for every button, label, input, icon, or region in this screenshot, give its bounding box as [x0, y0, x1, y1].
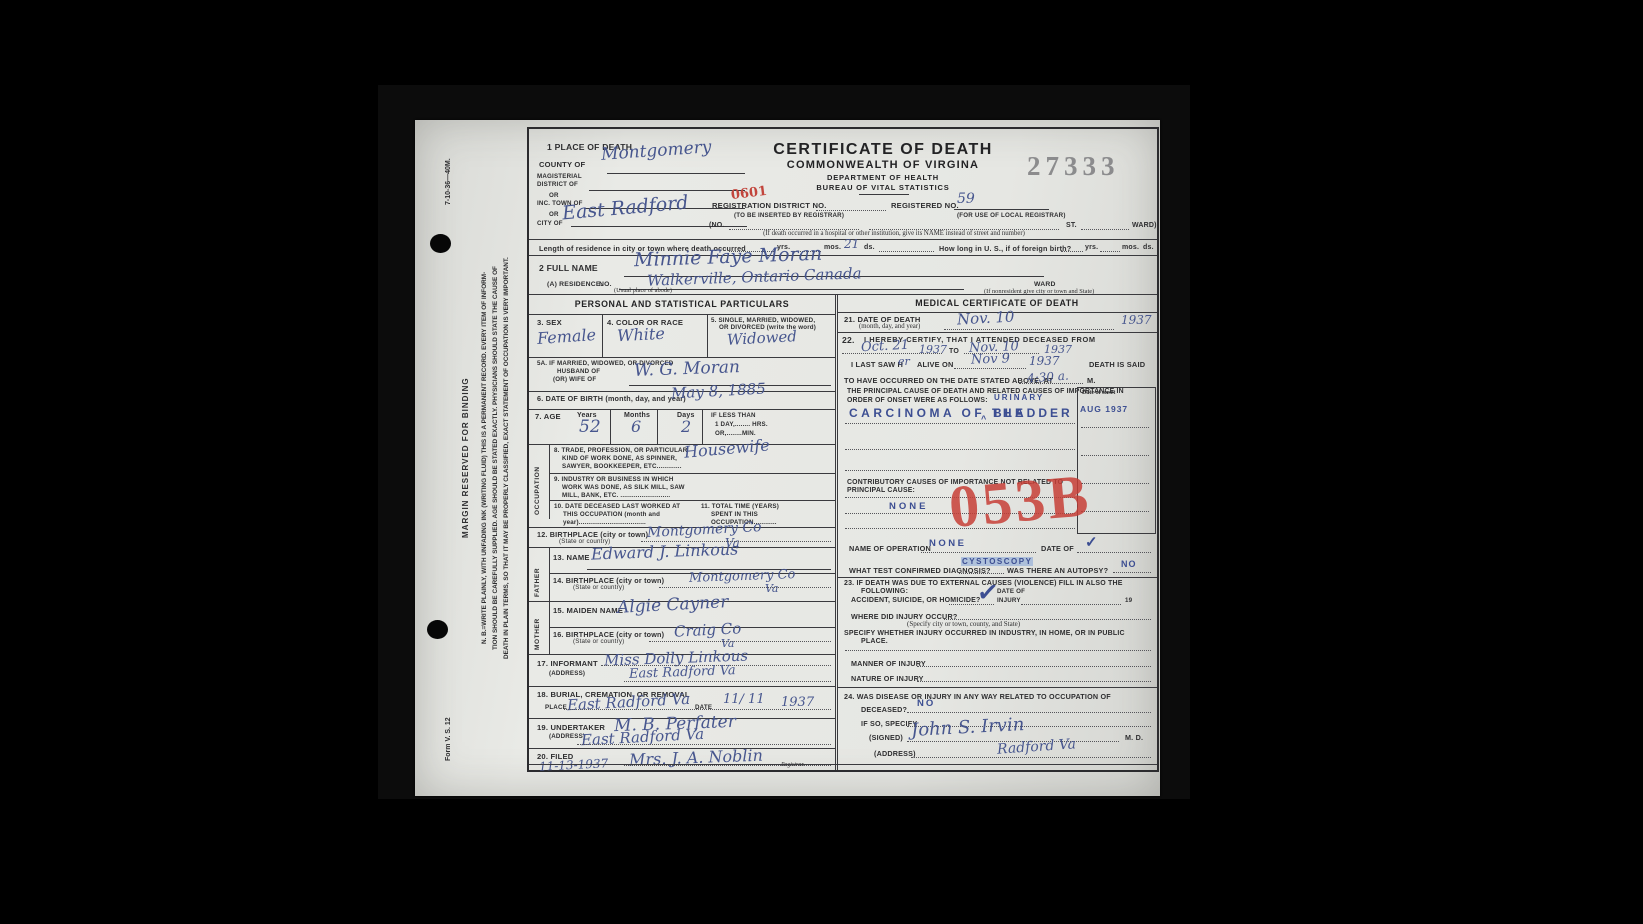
- file-number-stamp: 053B: [946, 461, 1094, 542]
- rule-line: [911, 757, 1151, 758]
- husband-label-2: HUSBAND OF: [557, 368, 600, 375]
- lastsaw-year: 1937: [1029, 354, 1060, 368]
- cause-caret: ^: [981, 414, 988, 424]
- street-ward-label: WARD): [1132, 222, 1157, 229]
- trade-label-3: SAWYER, BOOKKEEPER, ETC.............: [562, 463, 682, 470]
- mos2-label: mos.: [1122, 244, 1139, 251]
- rule-line: [837, 332, 1157, 333]
- occurred-m-label: M.: [1087, 376, 1096, 385]
- registrar-signature: Mrs. J. A. Noblin: [629, 746, 763, 770]
- father-name-value: Edward J. Linkous: [591, 539, 739, 563]
- lastworked-label-2: THIS OCCUPATION (month and: [563, 511, 660, 518]
- rule-line: [529, 314, 835, 315]
- death-certificate-document: 7-10-36—40M. Form V. S. 12 MARGIN RESERV…: [415, 120, 1160, 796]
- rule-line: [649, 641, 831, 642]
- trade-label-2: KIND OF WORK DONE, AS SPINNER,: [562, 455, 677, 462]
- lastworked-label-1: 10. DATE DECEASED LAST WORKED AT: [554, 503, 680, 510]
- rule-line: [529, 239, 1157, 240]
- certificate-title: CERTIFICATE OF DEATH: [752, 141, 1014, 159]
- rule-line: [954, 368, 1026, 369]
- registration-district-label: REGISTRATION DISTRICT NO.: [712, 201, 827, 210]
- external-dateof-label: DATE OF: [997, 588, 1025, 595]
- industry-label-3: MILL, BANK, ETC. .......................…: [562, 492, 670, 499]
- dob-label: 6. DATE OF BIRTH (month, day, and year): [537, 394, 686, 403]
- rule-line: [529, 764, 1157, 765]
- operation-date-label: DATE OF: [1041, 544, 1074, 553]
- street-st-label: ST.: [1066, 222, 1077, 229]
- autopsy-value: NO: [1121, 559, 1137, 569]
- birthplace-value: Montgomery Co: [647, 519, 762, 541]
- cell-divider: [707, 314, 708, 357]
- city-label: CITY OF: [537, 220, 563, 227]
- informant-label: 17. INFORMANT: [537, 659, 598, 668]
- rule-line: [607, 173, 745, 174]
- occupation-related-label-2: DECEASED?: [861, 705, 907, 714]
- nb-note-line2: TION SHOULD BE CAREFULLY SUPPLIED. AGE S…: [492, 128, 499, 788]
- magisterial-label-1: MAGISTERIAL: [537, 173, 582, 180]
- form-print-code: 7-10-36—40M.: [445, 132, 452, 232]
- lastsaw-value: Nov 9: [971, 351, 1010, 367]
- mos1-value: 21: [844, 237, 859, 251]
- commonwealth-subtitle: COMMONWEALTH OF VIRGINA: [752, 159, 1014, 171]
- howlong-label: How long in U. S., if of foreign birth?: [939, 244, 1071, 253]
- occupation-side-label: OCCUPATION: [534, 466, 541, 515]
- certify-to-label: TO: [949, 348, 959, 355]
- nature-label: NATURE OF INJURY: [851, 674, 924, 683]
- rule-line: [845, 650, 1151, 651]
- operation-check-mark: ✓: [1085, 533, 1098, 551]
- date-of-death-year: 1937: [1121, 313, 1152, 327]
- father-bp-value: Montgomery Co: [689, 567, 796, 586]
- rule-line: [907, 712, 1151, 713]
- cell-divider: [602, 314, 603, 357]
- cause-insert-urinary: URINARY: [994, 393, 1044, 402]
- accident-label: ACCIDENT, SUICIDE, OR HOMICIDE?: [851, 597, 980, 604]
- burial-year-value: 1937: [781, 695, 814, 710]
- rule-line: [589, 190, 745, 191]
- injury-label: INJURY: [997, 597, 1021, 604]
- filed-date-value: 11-13-1937: [539, 756, 609, 774]
- ds1-label: ds.: [864, 244, 875, 251]
- dob-value: May 8, 1885: [671, 380, 767, 403]
- hospital-note: (If death occurred in a hospital or othe…: [679, 230, 1109, 237]
- scanner-background: 7-10-36—40M. Form V. S. 12 MARGIN RESERV…: [378, 85, 1190, 799]
- medical-section-header: MEDICAL CERTIFICATE OF DEATH: [837, 298, 1157, 308]
- occupation-related-value: NO: [917, 698, 935, 709]
- rule-line: [549, 500, 835, 501]
- contributory-value: NONE: [889, 501, 928, 512]
- external-check-mark: ✓: [975, 576, 1000, 609]
- punch-hole-bottom: [427, 620, 448, 639]
- cell-divider: [549, 444, 550, 519]
- rule-line: [816, 210, 886, 211]
- informant-address-label: (ADDRESS): [549, 670, 585, 677]
- industry-label-2: WORK WAS DONE, AS SILK MILL, SAW: [562, 484, 685, 491]
- age-less-label-1: IF LESS THAN: [711, 412, 756, 419]
- principal-label-2: ORDER OF ONSET WERE AS FOLLOWS:: [847, 397, 988, 404]
- physician-signature: John S. Irvin: [911, 714, 1025, 741]
- age-less-label-2: 1 DAY,........ HRS.: [715, 421, 768, 428]
- rule-line: [529, 444, 835, 445]
- ward-label: WARD: [1034, 281, 1056, 288]
- rule-line: [1100, 251, 1120, 252]
- rule-line: [529, 686, 835, 687]
- rule-line: [529, 409, 835, 410]
- lastsaw-label-b: ALIVE ON: [917, 360, 954, 369]
- form-number: Form V. S. 12: [445, 692, 452, 787]
- magisterial-label-2: DISTRICT OF: [537, 181, 578, 188]
- occupation-related-label-1: 24. WAS DISEASE OR INJURY IN ANY WAY REL…: [844, 692, 1111, 701]
- operation-label: NAME OF OPERATION: [849, 544, 931, 553]
- cell-divider: [610, 409, 611, 444]
- contributory-label-2: PRINCIPAL CAUSE:: [847, 487, 915, 494]
- external-label-2: FOLLOWING:: [861, 588, 908, 595]
- full-name-label: 2 FULL NAME: [539, 263, 598, 273]
- yrs2-label: yrs.: [1085, 244, 1098, 251]
- rule-line: [1113, 572, 1151, 573]
- burial-place-label: PLACE: [545, 704, 567, 711]
- margin-binding-text: MARGIN RESERVED FOR BINDING: [461, 128, 470, 788]
- mother-bp-sub: (State or country): [573, 638, 624, 645]
- age-years-value: 52: [579, 417, 601, 437]
- father-name-label: 13. NAME: [553, 553, 590, 562]
- operation-value: NONE: [929, 538, 966, 549]
- rule-line: [845, 449, 1075, 450]
- injury-year-stub: 19: [1125, 597, 1132, 604]
- test-label: WHAT TEST CONFIRMED DIAGNOSIS?: [849, 566, 991, 575]
- lastsaw-label-c: DEATH IS SAID: [1089, 360, 1145, 369]
- rule-line: [917, 666, 1151, 667]
- occurred-label: TO HAVE OCCURRED ON THE DATE STATED ABOV…: [844, 376, 1053, 385]
- father-bp-sub: (State or country): [573, 584, 624, 591]
- specify-label-1: SPECIFY WHETHER INJURY OCCURRED IN INDUS…: [844, 630, 1125, 637]
- registrar-insert-note: (TO BE INSERTED BY REGISTRAR): [734, 212, 844, 219]
- industry-label-1: 9. INDUSTRY OR BUSINESS IN WHICH: [554, 476, 674, 483]
- certificate-number-stamp: 27333: [1027, 151, 1120, 182]
- date-of-death-value: Nov. 10: [957, 308, 1015, 329]
- age-months-value: 6: [631, 417, 641, 436]
- mother-side-label: MOTHER: [534, 618, 541, 650]
- rule-line: [529, 357, 835, 358]
- punch-hole-top: [430, 234, 451, 253]
- husband-label-3: (OR) WIFE OF: [553, 376, 596, 383]
- sex-value: Female: [536, 325, 596, 348]
- registered-no-label: REGISTERED NO.: [891, 201, 959, 210]
- rule-line: [954, 209, 1049, 210]
- or-label-2: OR: [549, 211, 559, 218]
- autopsy-label: WAS THERE AN AUTOPSY?: [1007, 566, 1108, 575]
- onset-value: AUG 1937: [1080, 404, 1128, 414]
- husband-value: W. G. Moran: [634, 357, 741, 381]
- certificate-form: 1 PLACE OF DEATH COUNTY OF Montgomery MA…: [527, 127, 1159, 772]
- rule-line: [659, 587, 831, 588]
- mos1-label: mos.: [824, 244, 841, 251]
- lastsaw-label-a: I LAST SAW H: [851, 360, 903, 369]
- local-registrar-note: (FOR USE OF LOCAL REGISTRAR): [957, 212, 1066, 219]
- rule-line: [549, 473, 835, 474]
- undertaker-address-label: (ADDRESS): [549, 733, 585, 740]
- physician-address-value: Radford Va: [997, 736, 1077, 757]
- abode-note: (Usual place of abode): [614, 287, 672, 294]
- residence-no-label: NO.: [599, 281, 612, 288]
- signed-label: (SIGNED): [869, 733, 903, 742]
- rule-line: [529, 255, 1157, 256]
- test-value: CYSTOSCOPY: [961, 557, 1033, 566]
- manner-label: MANNER OF INJURY: [851, 659, 926, 668]
- street-no-label: (NO.: [709, 222, 725, 229]
- cell-divider: [657, 409, 658, 444]
- ifso-label: IF SO, SPECIFY: [861, 719, 917, 728]
- or-label-1: OR: [549, 192, 559, 199]
- city-value: East Radford: [561, 192, 689, 225]
- sex-label: 3. SEX: [537, 318, 562, 327]
- rule-line: [845, 423, 1075, 424]
- county-label: COUNTY OF: [539, 160, 585, 169]
- trade-value: Housewife: [683, 435, 770, 461]
- cause-main2-value: BLADDER: [993, 406, 1073, 420]
- totaltime-label-1: 11. TOTAL TIME (YEARS): [701, 503, 779, 510]
- certify-from-year: 1937: [919, 343, 947, 356]
- cell-divider: [549, 601, 550, 654]
- registrar-label: Registrar.: [781, 762, 805, 768]
- race-value: White: [617, 324, 666, 345]
- where-sub-note: (Specify city or town, county, and State…: [907, 620, 1020, 628]
- lastworked-label-3: year)...................................: [563, 519, 646, 526]
- rule-line: [921, 552, 1036, 553]
- nb-note-line3: DEATH IN PLAIN TERMS, SO THAT IT MAY BE …: [503, 128, 510, 788]
- marital-value: Widowed: [727, 327, 798, 349]
- burial-date-value: 11/ 11: [723, 692, 765, 707]
- trade-label-1: 8. TRADE, PROFESSION, OR PARTICULAR: [554, 447, 687, 454]
- cell-divider: [549, 547, 550, 601]
- informant-address-value: East Radford Va: [629, 663, 736, 682]
- mother-name-label: 15. MAIDEN NAME: [553, 606, 623, 615]
- rule-line: [624, 681, 831, 682]
- burial-date-label: DATE: [695, 704, 712, 711]
- rule-line: [879, 251, 934, 252]
- rule-line: [917, 681, 1151, 682]
- residence-label: (A) RESIDENCE.: [547, 281, 603, 288]
- marital-label-1: 5. SINGLE, MARRIED, WIDOWED,: [711, 317, 815, 324]
- column-divider: [835, 294, 838, 770]
- date-of-death-sub: (month, day, and year): [859, 323, 920, 330]
- rule-line: [859, 194, 909, 195]
- certify-num: 22.: [842, 335, 855, 345]
- totaltime-label-2: SPENT IN THIS: [711, 511, 758, 518]
- nb-note-line1: N. B.=WRITE PLAINLY, WITH UNFADING INK (…: [481, 128, 488, 788]
- md-label: M. D.: [1125, 733, 1143, 742]
- specify-label-2: PLACE.: [861, 638, 888, 645]
- address-label: (ADDRESS): [874, 749, 916, 758]
- age-days-value: 2: [681, 417, 691, 436]
- father-bp-state: Va: [765, 582, 779, 595]
- personal-section-header: PERSONAL AND STATISTICAL PARTICULARS: [529, 299, 835, 309]
- occurred-time: 4:30 a.: [1027, 369, 1070, 386]
- rule-line: [837, 687, 1157, 688]
- ds2-label: ds.: [1143, 244, 1154, 251]
- mother-name-value: Algie Cayner: [617, 592, 729, 618]
- department-line: DEPARTMENT OF HEALTH: [752, 173, 1014, 182]
- lastsaw-her: er: [898, 355, 910, 368]
- rule-line: [1021, 604, 1121, 605]
- registered-no-value: 59: [957, 191, 975, 207]
- rule-line: [1077, 552, 1151, 553]
- nonresident-note: (If nonresident give city or town and St…: [984, 288, 1094, 295]
- father-side-label: FATHER: [534, 568, 541, 597]
- certify-from-value: Oct. 21: [861, 338, 910, 355]
- onset-label: Date of onset: [1082, 390, 1115, 396]
- cell-divider: [702, 409, 703, 444]
- rule-line: [944, 329, 1114, 330]
- age-label: 7. AGE: [535, 412, 561, 421]
